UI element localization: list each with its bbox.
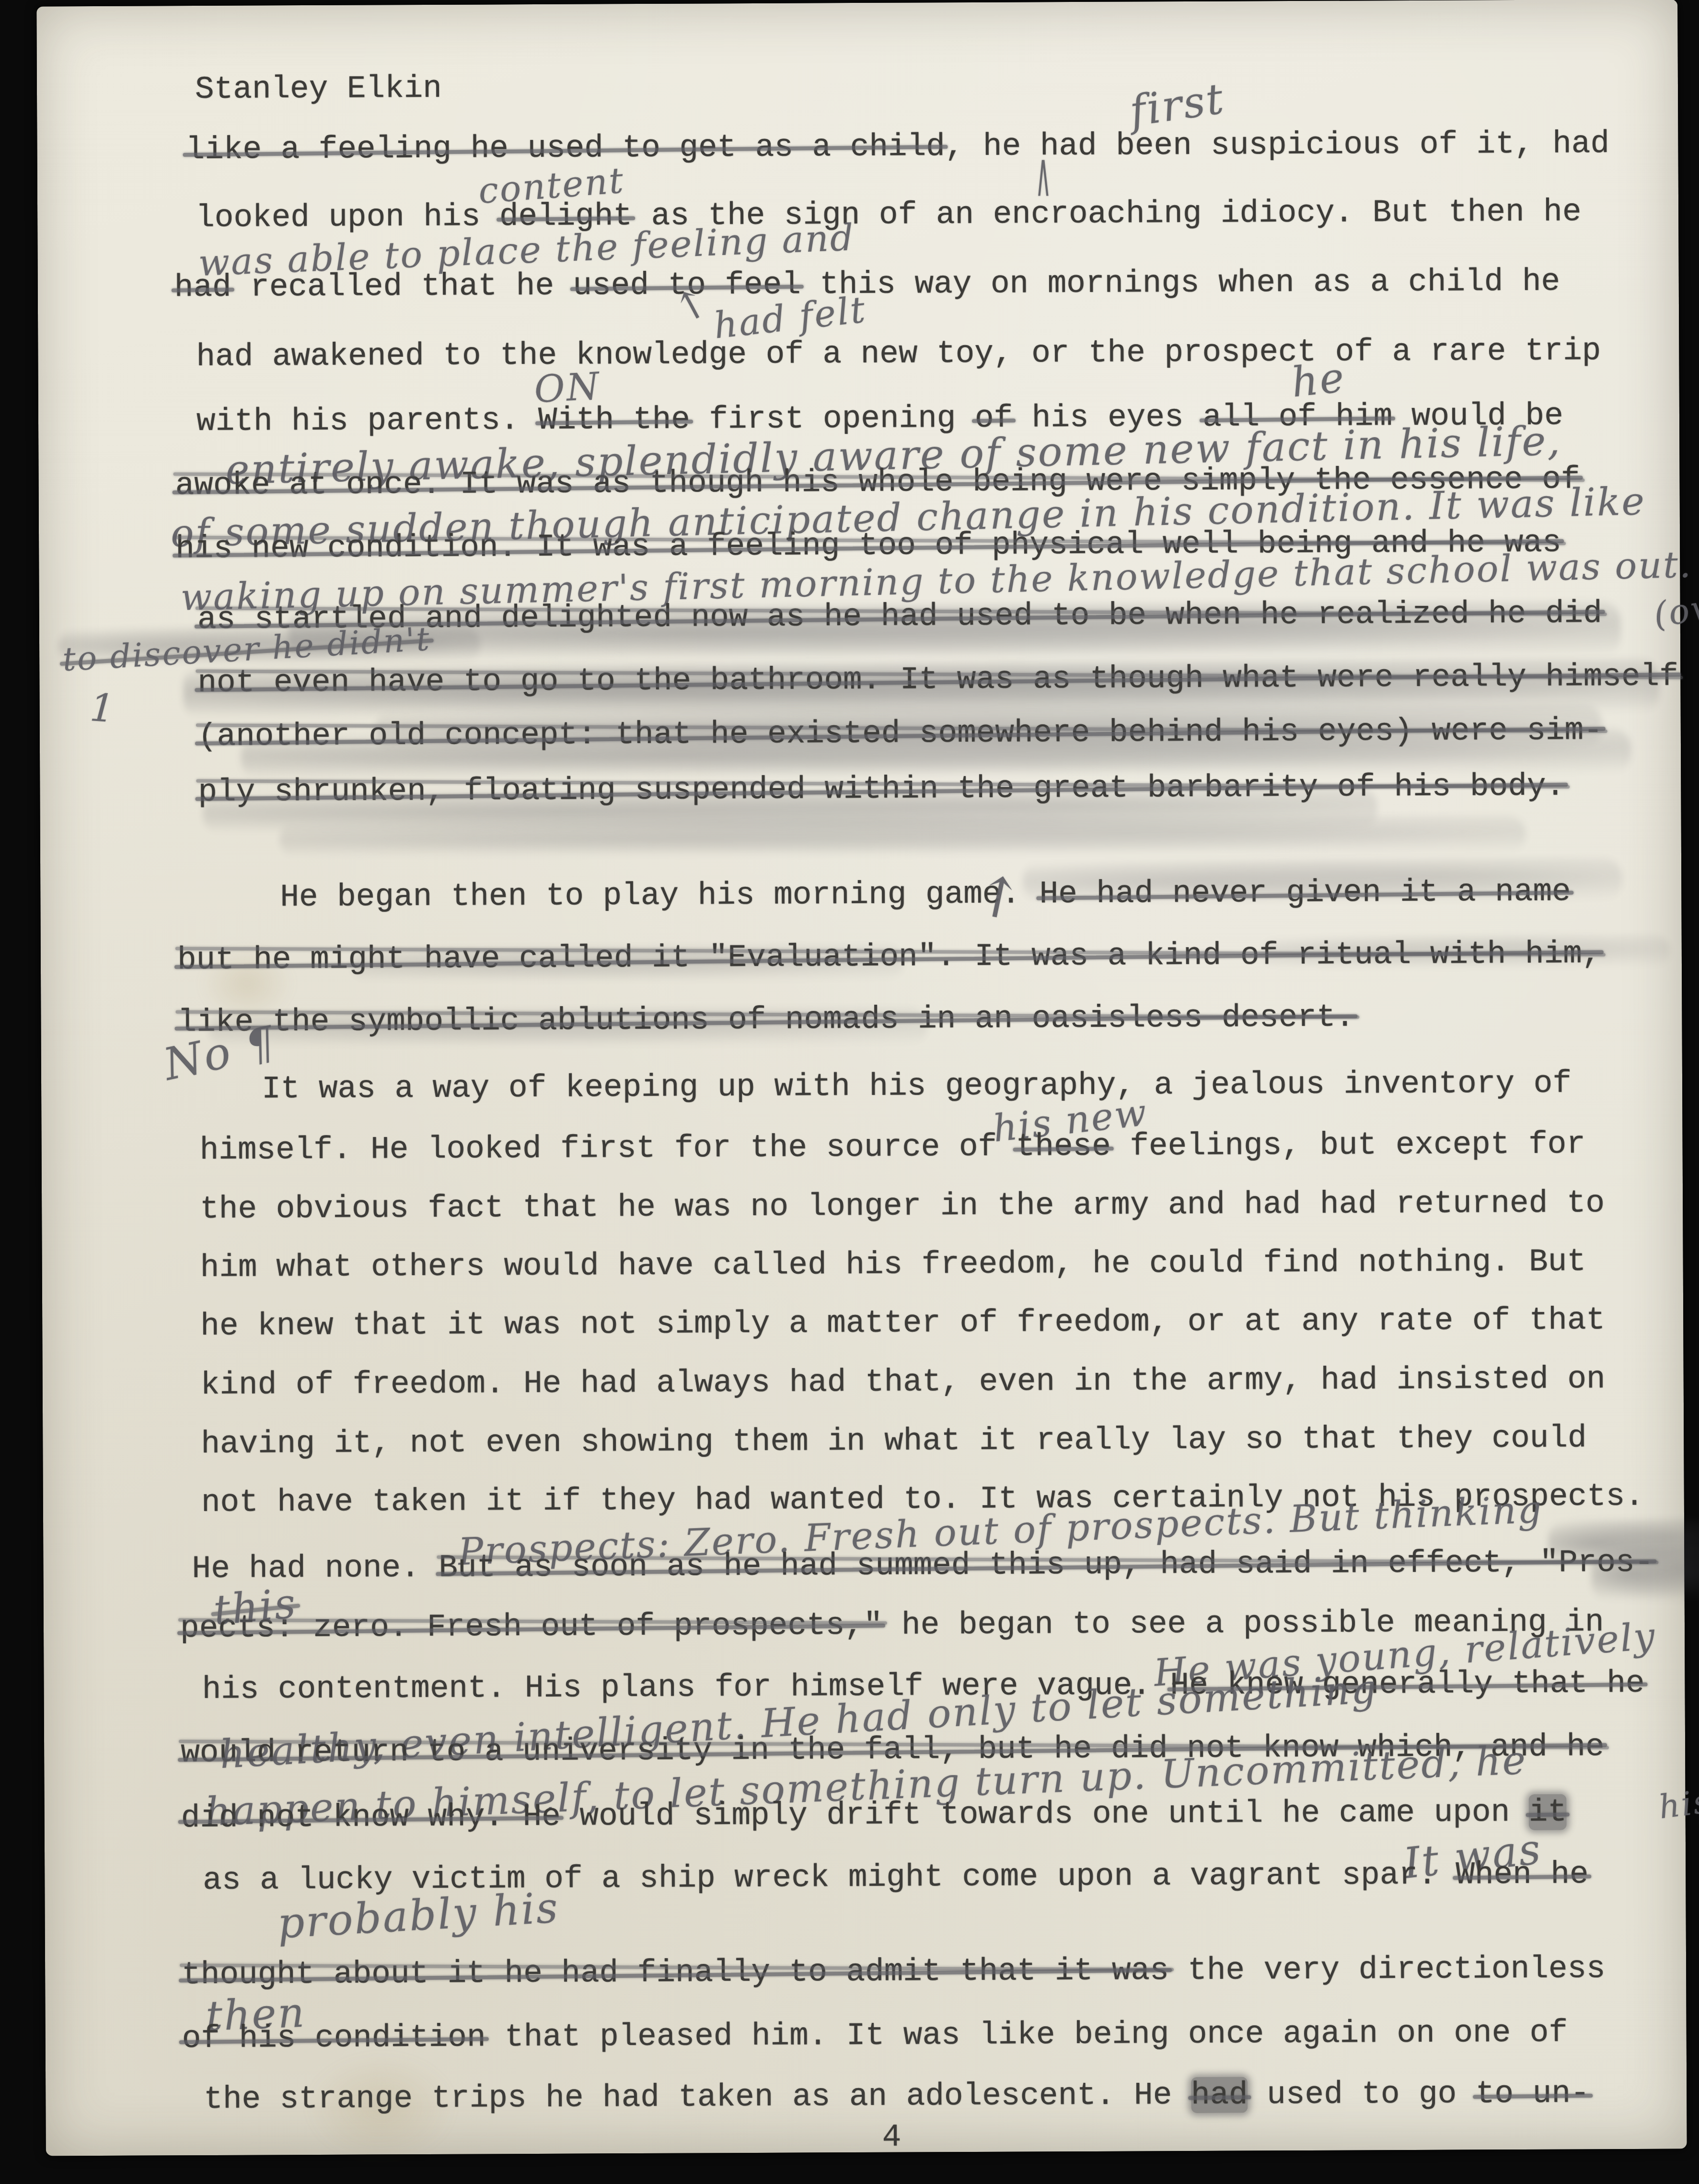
typed-line-12: He began then to play his morning game. … <box>280 876 1571 914</box>
typed-line-14: like the symbollic ablutions of nomads i… <box>177 1002 1354 1039</box>
typed-line-31-struck-text: to un- <box>1476 2075 1590 2112</box>
typed-line-13-struck-text: but he might have called it "Evaluation"… <box>177 936 1601 978</box>
typed-line-9: not even have to go to the bathroom. It … <box>197 661 1678 699</box>
typed-line-29-text: the very directionless <box>1169 1951 1606 1988</box>
typed-line-11-struck-text: ply shrunken, floating suspended within … <box>198 768 1565 810</box>
typed-line-1: like a feeling he used to get as a child… <box>185 128 1609 166</box>
typed-line-10: (another old concept: that he existed so… <box>198 715 1603 753</box>
typed-line-15-text: It was a way of keeping up with his geog… <box>262 1066 1572 1107</box>
hand-content: content <box>477 163 626 209</box>
typed-line-21: having it, not even showing them in what… <box>201 1422 1587 1460</box>
typed-line-16-text: feelings, but except for <box>1111 1126 1585 1164</box>
author-line: Stanley Elkin <box>195 73 442 105</box>
typed-line-30: of his condition that pleased him. It wa… <box>182 2017 1568 2055</box>
typed-line-5-struck-text: With the <box>538 402 690 438</box>
typed-line-19: he knew that it was not simply a matter … <box>200 1304 1605 1342</box>
typed-line-16-text: himself. He looked first for the source … <box>199 1129 1016 1168</box>
typed-line-23-struck-text: But as soon as he had summed this up, ha… <box>439 1545 1653 1586</box>
typed-line-12-text: He began then to play his morning game. <box>280 876 1040 915</box>
smudge-line11 <box>280 815 1526 859</box>
typed-line-29-struck-text: thought about it he had finally to admit… <box>182 1952 1169 1993</box>
typed-line-30-text: that pleased him. It was like being once… <box>485 2015 1568 2056</box>
mark-one-text: 1 <box>89 685 117 731</box>
typed-line-5-text: with his parents. <box>196 402 538 440</box>
typed-line-15: It was a way of keeping up with his geog… <box>262 1068 1572 1105</box>
typed-line-16-struck-text: these <box>1016 1128 1111 1165</box>
author-line-text: Stanley Elkin <box>195 70 442 107</box>
typed-line-12-struck-text: He had never given it a name <box>1039 874 1571 912</box>
typed-line-31-struck-text: had <box>1191 2077 1248 2114</box>
typed-line-21-text: having it, not even showing them in what… <box>201 1420 1587 1462</box>
typed-line-4-text: had awakened to the knowledge of a new t… <box>196 333 1601 375</box>
photo-background: { "page": { "author": "Stanley Elkin", "… <box>0 0 1699 2184</box>
typed-line-27-struck-text: did not know why. He <box>181 1799 561 1836</box>
typed-line-2: looked upon his delight as the sign of a… <box>196 196 1582 234</box>
hand-first-text: first <box>1127 73 1228 136</box>
typed-line-3: had recalled that he used to feel this w… <box>174 266 1560 304</box>
typed-line-3-text: recalled that he <box>231 268 573 305</box>
hand-he: he <box>1289 357 1347 404</box>
typed-line-31-text: the strange trips he had taken as an ado… <box>204 2077 1191 2117</box>
typed-line-23-text: He had none. <box>192 1550 439 1587</box>
typed-line-30-struck-text: of his condition <box>182 2019 486 2056</box>
typed-line-28-struck-text: When he <box>1456 1856 1589 1893</box>
typed-line-20: kind of freedom. He had always had that,… <box>201 1363 1606 1401</box>
hand-over-text: (over) <box>1651 579 1699 635</box>
typed-line-20-text: kind of freedom. He had always had that,… <box>201 1361 1606 1403</box>
typed-line-19-text: he knew that it was not simply a matter … <box>200 1302 1605 1344</box>
typed-line-10-struck-text: (another old concept: that he existed so… <box>198 712 1603 755</box>
typed-line-13: but he might have called it "Evaluation"… <box>177 938 1601 976</box>
page-number-text: 4 <box>882 2119 901 2155</box>
manuscript-paper: Stanley Elkinlike a feeling he used to g… <box>36 0 1687 2156</box>
hand-his-fate: his fate <box>1657 1775 1699 1824</box>
mark-arrow-game: ↑ <box>970 867 1029 931</box>
typed-line-31: the strange trips he had taken as an ado… <box>204 2078 1590 2115</box>
typed-line-24-struck-text: pects: zero. Fresh out of prospects," <box>180 1607 883 1646</box>
typed-line-3-text: this way on mornings when as a child he <box>801 264 1560 303</box>
typed-line-2-text: looked upon his <box>196 198 499 236</box>
typed-line-4: had awakened to the knowledge of a new t… <box>196 335 1601 373</box>
typed-line-27-text: would simply drift towards one until he … <box>561 1794 1529 1835</box>
typed-line-18-text: him what others would have called his fr… <box>200 1243 1586 1286</box>
mark-one: 1 <box>89 688 117 728</box>
typed-line-16: himself. He looked first for the source … <box>200 1128 1586 1166</box>
typed-line-23: He had none. But as soon as he had summe… <box>192 1547 1653 1585</box>
typed-line-14-struck-text: like the symbollic ablutions of nomads i… <box>177 999 1354 1041</box>
typed-line-18: him what others would have called his fr… <box>200 1246 1586 1284</box>
hand-first: first <box>1127 77 1227 133</box>
hand-his-fate-text: his fate <box>1657 1772 1699 1827</box>
typed-line-1-struck-text: like a feeling he used to get as a child <box>185 128 945 168</box>
typed-line-27: did not know why. He would simply drift … <box>181 1797 1567 1835</box>
typed-line-3-struck-text: had <box>174 269 231 306</box>
typed-line-11: ply shrunken, floating suspended within … <box>198 771 1565 808</box>
page-number: 4 <box>882 2122 902 2153</box>
typed-line-17: the obvious fact that he was no longer i… <box>200 1187 1605 1225</box>
typed-line-31-text: used to go <box>1248 2076 1476 2113</box>
hand-over: (over) <box>1652 582 1699 632</box>
typed-line-9-struck-text: not even have to go to the bathroom. It … <box>197 659 1678 701</box>
typed-line-29: thought about it he had finally to admit… <box>182 1953 1606 1991</box>
mark-arrow-game-text: ↑ <box>969 862 1029 935</box>
typed-line-17-text: the obvious fact that he was no longer i… <box>200 1185 1605 1227</box>
